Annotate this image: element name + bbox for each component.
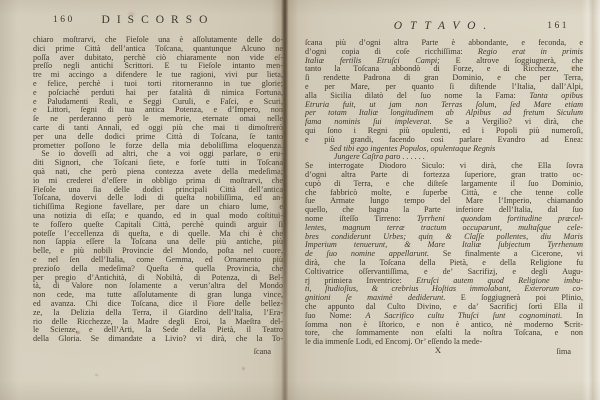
body-text: della Gloria. Se dimandate a Livio? vi d… [33, 334, 283, 343]
page-footer-left: ſcana [33, 347, 271, 356]
body-text: ſuo Nome: [305, 311, 366, 320]
body-text: prezioſo della medeſima? Queſta è quella… [33, 264, 283, 273]
body-text: carte di tanti Annali, ed oggi più che m… [33, 123, 283, 132]
latin-quote-text: de ſuo nomine appellarunt. [305, 249, 443, 258]
latin-quote-text: Imperium tenuerunt, & Mare Italiæ ſubjec… [305, 240, 583, 249]
body-text: tore, che ſommamente non eſalti la noſtr… [305, 328, 583, 337]
body-text: Fieſole una ſia delle dodici principali … [33, 185, 283, 194]
body-text: io mi crederei d’eſſere in obbligo prima… [33, 176, 283, 185]
body-text: tichiſſima Regione favellare, per dare u… [33, 202, 283, 211]
body-text: te foſſero queſte Capitali Città, perchè… [33, 220, 283, 229]
body-text: e Littori, ſegni di tua antica Potenza, … [33, 105, 283, 114]
running-header-right: OTTAVO. [305, 20, 583, 32]
body-text: d’ogni altra Parte di fortezza ſuperiore… [305, 170, 583, 179]
text-block-right: ſcana più d’ogni altra Parte è abbondant… [305, 39, 583, 347]
book-photo: 160 DISCORSO chiaro moſtrarvi, che Fieſo… [0, 0, 600, 400]
body-text: Se finalmente a Cicerone, vi [443, 249, 583, 258]
body-text: Coltivatrice oſſervantiſſima, e de’ Sacr… [305, 267, 583, 276]
body-text: ſe ne perderanno però le memorie, eterna… [33, 114, 283, 123]
latin-quote-text: gnitioni ſe maximè dediderunt. [305, 293, 461, 302]
text-block-left: chiaro moſtrarvi, che Fieſole una è aſſo… [33, 36, 283, 344]
body-text: rj primiera Inventrice: [305, 276, 416, 285]
latin-quote-text: lentes, magnum terræ tractum occuparunt,… [305, 223, 583, 232]
body-text: prometter poſſono le forze della mia deb… [33, 141, 283, 150]
body-text: poſſa aver dubitato, perchè ciò chiarame… [33, 53, 283, 62]
page-header-right: OTTAVO. 161 [305, 20, 583, 32]
body-text: non ſappia eſſere la Toſcana una delle p… [33, 237, 283, 246]
body-text: una notizia di eſſa; e quando, ed in qua… [33, 211, 283, 220]
body-text: quello, che bagna la Parte inferiore del… [305, 205, 583, 214]
body-text: In [576, 311, 583, 320]
body-text: qui ſono i Regni più opulenti, ed i Popo… [305, 126, 583, 135]
body-text: dirà, che la Toſcana della Pietà, e dell… [305, 258, 583, 267]
latin-quote-text: Etruſci autem quod Religione imbu- [416, 276, 583, 285]
body-text: poteſſe l’eccellenza di queſta, e di que… [33, 229, 283, 238]
body-text: le Scienze, e dell’Arti, la Sede della P… [33, 325, 283, 334]
body-text: preſſo negli antichi Scrittori. E tu Fie… [33, 61, 283, 70]
latin-quote-text: bres condiderunt Urbes; quin & Claſſe po… [305, 232, 583, 241]
body-text: quà nati, che però piena contezza avete … [33, 167, 283, 176]
body-text: non cede, ma tutte aſſolutamente di gran… [33, 290, 283, 299]
body-text: e Paludamenti Reali, e Seggi Curuli, e F… [33, 97, 283, 106]
latin-quote-text: Tyrrheni quondam fortitudine præcel- [417, 214, 583, 223]
body-text: ſue Armate lungo tempo del Mare l’Imperi… [305, 196, 583, 205]
page-right: OTTAVO. 161 ſcana più d’ogni altra Parte… [284, 0, 600, 400]
body-text: Se a Vergilio? vi dirà, che [445, 117, 583, 126]
body-text: d’ogni copia di coſe ricchiſſima: [305, 47, 478, 56]
body-text: ſomma non è Iſtorico, e non è antico, nè… [305, 320, 583, 329]
body-text: per pregio d’Antichità, di Nobiltà, di P… [33, 273, 283, 282]
body-text: e nel ſen dell’Italia, come Gemma, ed Or… [33, 255, 283, 264]
body-text: tre mi accingo a difendere le tue ragion… [33, 70, 283, 79]
body-text: tanto la Toſcana abbondò di Forze, e di … [305, 64, 583, 73]
body-text: alla Sicilia dilatò del ſuo nome la Fama… [305, 91, 529, 100]
body-text: belle, e più nobili Provincie del Mondo,… [33, 246, 283, 255]
latin-quote-text: Etruria fuit, ut jam non Terras ſolum, ſ… [305, 100, 583, 109]
latin-quote-text: Sed tibi ego ingentes Populos, opulentaq… [330, 144, 496, 153]
body-text: E ſoggiugnerà poi Plinio, [461, 293, 583, 302]
body-text: ſi rendette Padrona di gran Dominio, e c… [305, 73, 583, 82]
body-text: tà, di Valore non ſolamente a verun’altr… [33, 281, 283, 290]
body-text: dici prime Città dell’antica Toſcana, qu… [33, 44, 283, 53]
body-text: diti Signori, che Toſcani ſiete, e forſe… [33, 158, 283, 167]
body-text: chiaro moſtrarvi, che Fieſole una è aſſo… [33, 35, 283, 44]
body-text: che fabbricò molte, e ſuperbe Città, e c… [305, 188, 583, 197]
latin-quote-text: ti, ſtudioſius, & crebrius Hoſtias immol… [305, 284, 583, 293]
latin-quote-text: Jungere Caſtra paro . . . . . . [334, 152, 425, 161]
latin-quote-text: per totam Italiæ longitudinem ab Alpibus… [305, 108, 583, 117]
page-left: 160 DISCORSO chiaro moſtrarvi, che Fieſo… [0, 0, 284, 400]
latin-quote-text: A Sacrifico cultu Thuſci ſunt cognominat… [366, 311, 577, 320]
body-text: e per Mare, per quanto ſi diſtende l’Ita… [305, 82, 583, 91]
body-text: e felice, perchè i tuoi torti ritorneran… [33, 79, 283, 88]
body-text: Se interrogate Diodoro Siculo: vi dirà, … [305, 161, 583, 170]
catchword-right: ſima [556, 347, 571, 356]
body-text: ze, la Delizia della Terra, il Giardino … [33, 308, 283, 317]
body-text: che appunto dal Culto Divino, e da’ Sacr… [305, 302, 583, 311]
body-text: per una delle dodici prime Città di Toſc… [33, 132, 283, 141]
signature-mark: X [305, 345, 571, 355]
body-text: E altrove ſoggiugnerà, che [456, 56, 583, 65]
body-text: Toſcana, dovervi delle lodi di queſta no… [33, 193, 283, 202]
body-text: e poſciachè perduti hai per fatalità di … [33, 88, 283, 97]
body-text: nome iſteſſo Tirreno: [305, 214, 417, 223]
body-text: Se io doveſſi ad altri, che a voi oggi p… [41, 149, 283, 158]
body-text: ſcana più d’ogni altra Parte è abbondant… [305, 38, 583, 47]
text-line: della Gloria. Se dimandate a Livio? vi d… [33, 335, 283, 344]
latin-quote-text: Regio erat in primis [478, 47, 583, 56]
catchword-left: ſcana [254, 347, 271, 356]
body-text: cupò di Terra, e che diſteſe largamente … [305, 179, 583, 188]
body-text: ed avanza. Chi dice Toſcana, dice il Fio… [33, 299, 283, 308]
page-number-left: 160 [53, 15, 75, 25]
page-header-left: 160 DISCORSO [33, 14, 283, 26]
body-text: e più grandi, facendo così parlare Evand… [305, 135, 583, 144]
latin-quote-text: Tanta opibus [529, 91, 583, 100]
body-text: rio delle Ricchezze, la Madre degli Eroi… [33, 317, 283, 326]
page-number-right: 161 [547, 21, 569, 31]
latin-quote-text: Italiæ fertilis Etruſci Campi; [305, 56, 456, 65]
latin-quote-text: fama nominis ſui impleverat. [305, 117, 445, 126]
